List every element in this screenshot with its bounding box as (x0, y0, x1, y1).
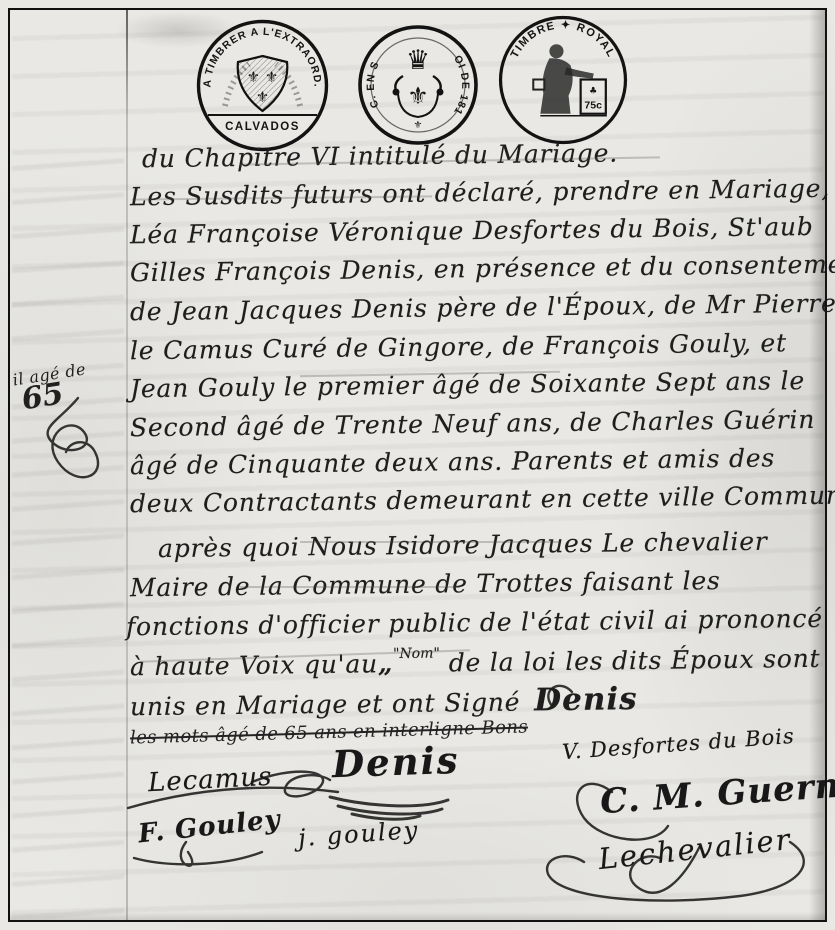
bottom-edge-shadow (10, 912, 825, 922)
document-scan: A TIMBRER A L'EXTRAORD. ⚜ ⚜ ⚜ CALVADOS 5… (0, 0, 835, 930)
stamp-50c-loi-1816: 50 C. EN SUS LOI DE 1816 ♛ ⚜ ⚜ (357, 24, 479, 146)
interline-insert: "Nom" (393, 645, 440, 662)
signature-denis: Denis (331, 738, 460, 786)
svg-text:TIMBRE ✦ ROYAL: TIMBRE ✦ ROYAL (509, 19, 618, 60)
pedestal-mark-icon: ♣ (589, 87, 597, 97)
scratch-rule (300, 541, 560, 543)
right-edge-shadow (809, 10, 827, 920)
inline-signature-denis: Denis (534, 681, 638, 718)
fleur-de-lis-center-icon: ⚜ (407, 82, 429, 110)
stamp-50c-graphic: 50 C. EN SUS LOI DE 1816 ♛ ⚜ ⚜ (357, 24, 479, 146)
crown-icon: ♛ (406, 45, 430, 76)
stamp-calvados-banner-text: CALVADOS (225, 121, 300, 133)
stamp-royal-graphic: TIMBRE ✦ ROYAL ♣ 75c (496, 13, 630, 147)
stamp-calvados-graphic: A TIMBRER A L'EXTRAORD. ⚜ ⚜ ⚜ CALVADOS (195, 18, 330, 153)
stamp-timbre-royal: TIMBRE ✦ ROYAL ♣ 75c (496, 13, 630, 147)
line14-post: de la loi les dits Époux sont (449, 644, 821, 678)
scratch-rule (240, 586, 460, 588)
line15-pre: unis en Mariage et ont Signé (130, 688, 521, 722)
fleur-de-lis-top-icon: ⚜ ⚜ (247, 68, 279, 86)
fold-line (126, 10, 128, 920)
fleur-de-lis-bottom-icon: ⚜ (256, 88, 269, 106)
stamp-calvados: A TIMBRER A L'EXTRAORD. ⚜ ⚜ ⚜ CALVADOS (195, 18, 330, 153)
fleur-de-lis-small-icon: ⚜ (414, 120, 423, 131)
stamp-royal-value: 75c (584, 100, 602, 112)
stamp-royal-ring-text: TIMBRE ✦ ROYAL (509, 19, 618, 60)
left-margin-showthrough (12, 150, 124, 918)
